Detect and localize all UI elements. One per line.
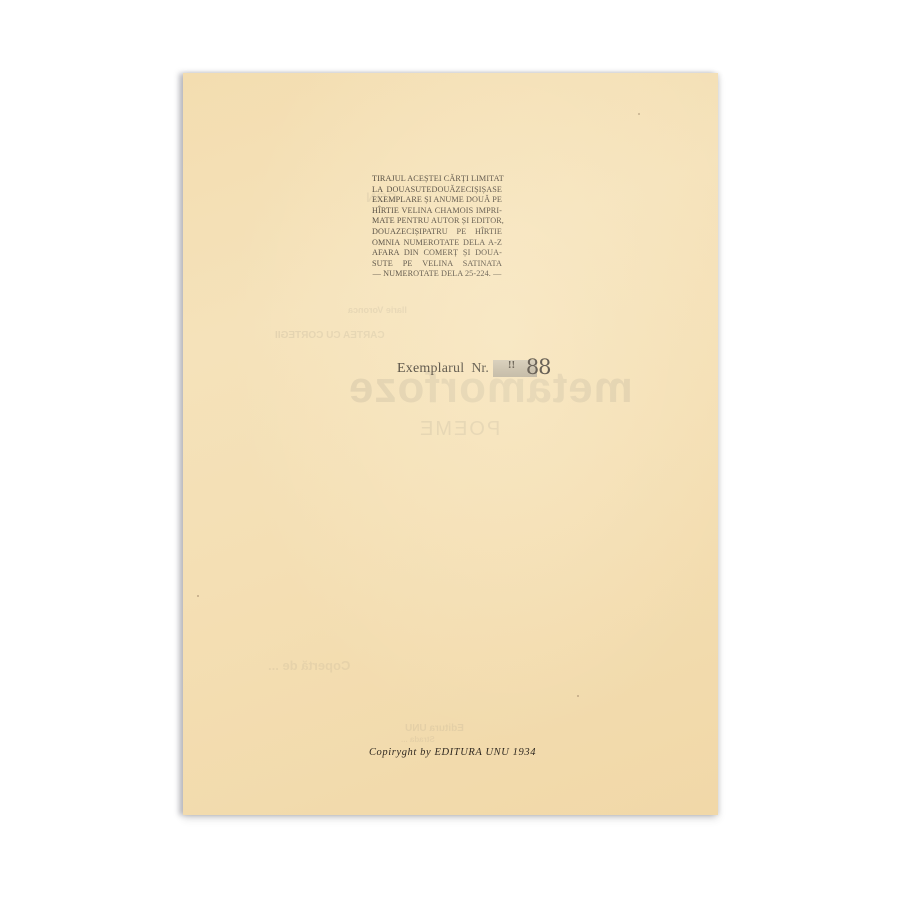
limitation-line: MATE PENTRU AUTOR ȘI EDITOR, [372, 216, 502, 227]
limitation-line: SUTE PE VELINA SATINATA [372, 259, 502, 270]
paper-speck [197, 595, 199, 597]
show-through-publisher-address: Strada ... [401, 735, 435, 744]
photo-stage: CON Ilarie Voronca CARTEA CU CORTEGII me… [0, 0, 900, 900]
stamp-mark: !! [508, 359, 515, 371]
show-through-publisher: Editura UNU [405, 723, 464, 734]
limitation-line: LA DOUASUTEDOUĂZECIȘIȘASE [372, 185, 502, 196]
paper-speck [638, 113, 640, 115]
copy-number-line: Exemplarul Nr. !! 88 [397, 359, 553, 379]
show-through-cover-credit: Copertă de ... [268, 658, 350, 673]
paper-speck [577, 695, 579, 697]
limitation-line: AFARA DIN COMERȚ ȘI DOUA- [372, 248, 502, 259]
copy-label: Exemplarul [397, 361, 464, 377]
handwritten-copy-number: 88 [526, 355, 551, 379]
limitation-notice: TIRAJUL ACEȘTEI CĂRȚI LIMITAT LA DOUASUT… [372, 174, 502, 280]
copy-number-field: !! 88 [493, 359, 553, 379]
limitation-line: DOUAZECIȘIPATRU PE HÎRTIE [372, 227, 502, 238]
show-through-author-line: Ilarie Voronca [348, 305, 407, 315]
limitation-line: TIRAJUL ACEȘTEI CĂRȚI LIMITAT [372, 174, 502, 185]
limitation-line: — NUMEROTATE DELA 25-224. — [372, 269, 502, 280]
number-label: Nr. [471, 361, 489, 377]
copyright-line: Copiryght by EDITURA UNU 1934 [183, 747, 718, 758]
show-through-subtitle: POEME [418, 418, 500, 441]
book-page: CON Ilarie Voronca CARTEA CU CORTEGII me… [183, 73, 718, 815]
limitation-line: OMNIA NUMEROTATE DELA A-Z [372, 238, 502, 249]
show-through-series-line: CARTEA CU CORTEGII [275, 330, 385, 341]
limitation-line: EXEMPLARE ȘI ANUME DOUĂ PE [372, 195, 502, 206]
limitation-line: HÎRTIE VELINA CHAMOIS IMPRI- [372, 206, 502, 217]
